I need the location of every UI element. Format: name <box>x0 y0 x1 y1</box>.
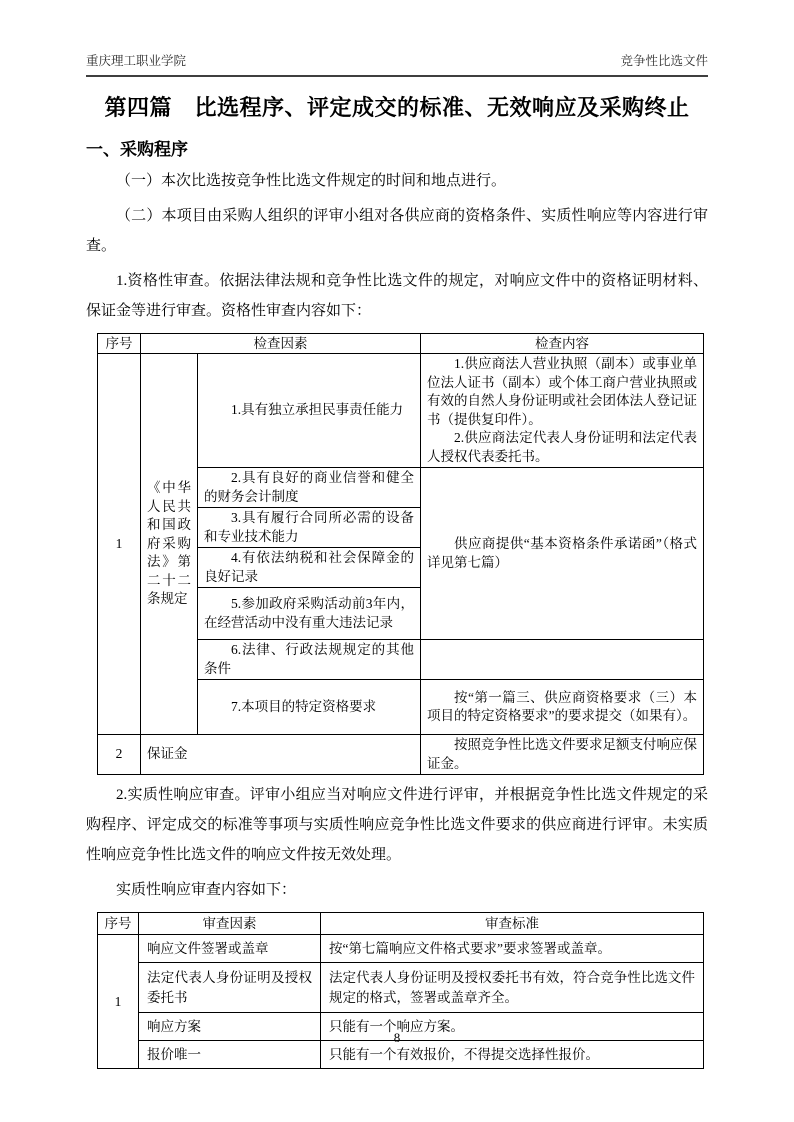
cell-row-no: 2 <box>98 735 141 775</box>
cell-factor-5: 5.参加政府采购活动前3年内，在经营活动中没有重大违法记录 <box>198 588 421 640</box>
content-paragraph: 按照竞争性比选文件要求足额支付响应保证金。 <box>427 736 697 773</box>
table-header-row: 序号 审查因素 审查标准 <box>98 913 704 935</box>
cell-factor-7: 7.本项目的特定资格要求 <box>198 680 421 735</box>
column-header-factor: 检查因素 <box>141 334 421 354</box>
factor-text: 响应文件签署或盖章 <box>147 939 312 959</box>
cell-row-no: 1 <box>98 935 139 1069</box>
cell-factor-identity: 法定代表人身份证明及授权委托书 <box>139 963 321 1013</box>
cell-content-deposit: 按照竞争性比选文件要求足额支付响应保证金。 <box>421 735 704 775</box>
column-header-no: 序号 <box>98 913 139 935</box>
qualification-review-table: 序号 检查因素 检查内容 1 《中华人民共和国政府采购法》第二十二条规定 1.具… <box>97 333 704 775</box>
column-header-standard: 审查标准 <box>321 913 704 935</box>
cell-row-no: 1 <box>98 354 141 735</box>
column-header-content: 检查内容 <box>421 334 704 354</box>
page-header: 重庆理工职业学院 竞争性比选文件 <box>86 52 708 77</box>
cell-standard-signature: 按“第七篇响应文件格式要求”要求签署或盖章。 <box>321 935 704 963</box>
cell-content-2to5: 供应商提供“基本资格条件承诺函”（格式详见第七篇） <box>421 468 704 640</box>
factor-text: 报价唯一 <box>147 1045 312 1065</box>
paragraph-time-place: （一）本次比选按竞争性比选文件规定的时间和地点进行。 <box>86 166 708 196</box>
standard-text: 只能有一个有效报价，不得提交选择性报价。 <box>329 1045 695 1065</box>
column-header-factor: 审查因素 <box>139 913 321 935</box>
standard-text: 法定代表人身份证明及授权委托书有效，符合竞争性比选文件规定的格式，签署或盖章齐全… <box>329 968 695 1008</box>
table-row: 法定代表人身份证明及授权委托书 法定代表人身份证明及授权委托书有效，符合竞争性比… <box>98 963 704 1013</box>
document-page: 重庆理工职业学院 竞争性比选文件 第四篇 比选程序、评定成交的标准、无效响应及采… <box>0 0 794 1122</box>
header-school-name: 重庆理工职业学院 <box>86 52 186 70</box>
factor-text: 6.法律、行政法规规定的其他条件 <box>204 641 414 678</box>
column-header-no: 序号 <box>98 334 141 354</box>
factor-text: 保证金 <box>147 745 414 764</box>
cell-factor-deposit: 保证金 <box>141 735 421 775</box>
factor-text: 法定代表人身份证明及授权委托书 <box>147 968 312 1008</box>
table-header-row: 序号 检查因素 检查内容 <box>98 334 704 354</box>
table-row: 2 保证金 按照竞争性比选文件要求足额支付响应保证金。 <box>98 735 704 775</box>
content-paragraph: 供应商提供“基本资格条件承诺函”（格式详见第七篇） <box>427 535 697 572</box>
table-row: 1 《中华人民共和国政府采购法》第二十二条规定 1.具有独立承担民事责任能力 1… <box>98 354 704 468</box>
factor-text: 4.有依法纳税和社会保障金的良好记录 <box>204 549 414 586</box>
paragraph-review-team: （二）本项目由采购人组织的评审小组对各供应商的资格条件、实质性响应等内容进行审查… <box>86 201 708 261</box>
paragraph-substantive-intro: 实质性响应审查内容如下： <box>86 875 708 905</box>
content-paragraph: 2.供应商法定代表人身份证明和法定代表人授权代表委托书。 <box>427 429 697 466</box>
cell-standard-identity: 法定代表人身份证明及授权委托书有效，符合竞争性比选文件规定的格式，签署或盖章齐全… <box>321 963 704 1013</box>
cell-content-1: 1.供应商法人营业执照（副本）或事业单位法人证书（副本）或个体工商户营业执照或有… <box>421 354 704 468</box>
page-title: 第四篇 比选程序、评定成交的标准、无效响应及采购终止 <box>86 94 708 122</box>
cell-law-basis: 《中华人民共和国政府采购法》第二十二条规定 <box>141 354 198 735</box>
standard-text: 按“第七篇响应文件格式要求”要求签署或盖章。 <box>329 939 695 959</box>
paragraph-qualification-review: 1.资格性审查。依据法律法规和竞争性比选文件的规定，对响应文件中的资格证明材料、… <box>86 266 708 326</box>
paragraph-substantive-review: 2.实质性响应审查。评审小组应当对响应文件进行评审，并根据竞争性比选文件规定的采… <box>86 780 708 870</box>
cell-factor-3: 3.具有履行合同所必需的设备和专业技术能力 <box>198 508 421 548</box>
factor-text: 3.具有履行合同所必需的设备和专业技术能力 <box>204 509 414 546</box>
factor-text: 5.参加政府采购活动前3年内，在经营活动中没有重大违法记录 <box>204 595 414 632</box>
table-row: 1 响应文件签署或盖章 按“第七篇响应文件格式要求”要求签署或盖章。 <box>98 935 704 963</box>
header-doc-type: 竞争性比选文件 <box>620 52 708 70</box>
factor-text: 1.具有独立承担民事责任能力 <box>204 401 414 420</box>
factor-text: 2.具有良好的商业信誉和健全的财务会计制度 <box>204 469 414 506</box>
cell-content-6-empty <box>421 640 704 680</box>
content-paragraph: 1.供应商法人营业执照（副本）或事业单位法人证书（副本）或个体工商户营业执照或有… <box>427 355 697 429</box>
factor-text: 7.本项目的特定资格要求 <box>204 698 414 717</box>
cell-factor-2: 2.具有良好的商业信誉和健全的财务会计制度 <box>198 468 421 508</box>
content-paragraph: 按“第一篇三、供应商资格要求（三）本项目的特定资格要求”的要求提交（如果有）。 <box>427 689 697 726</box>
page-number: 8 <box>0 1030 794 1046</box>
cell-content-7: 按“第一篇三、供应商资格要求（三）本项目的特定资格要求”的要求提交（如果有）。 <box>421 680 704 735</box>
cell-factor-4: 4.有依法纳税和社会保障金的良好记录 <box>198 548 421 588</box>
cell-factor-1: 1.具有独立承担民事责任能力 <box>198 354 421 468</box>
cell-factor-6: 6.法律、行政法规规定的其他条件 <box>198 640 421 680</box>
section-heading-procurement: 一、采购程序 <box>86 139 708 161</box>
cell-factor-signature: 响应文件签署或盖章 <box>139 935 321 963</box>
